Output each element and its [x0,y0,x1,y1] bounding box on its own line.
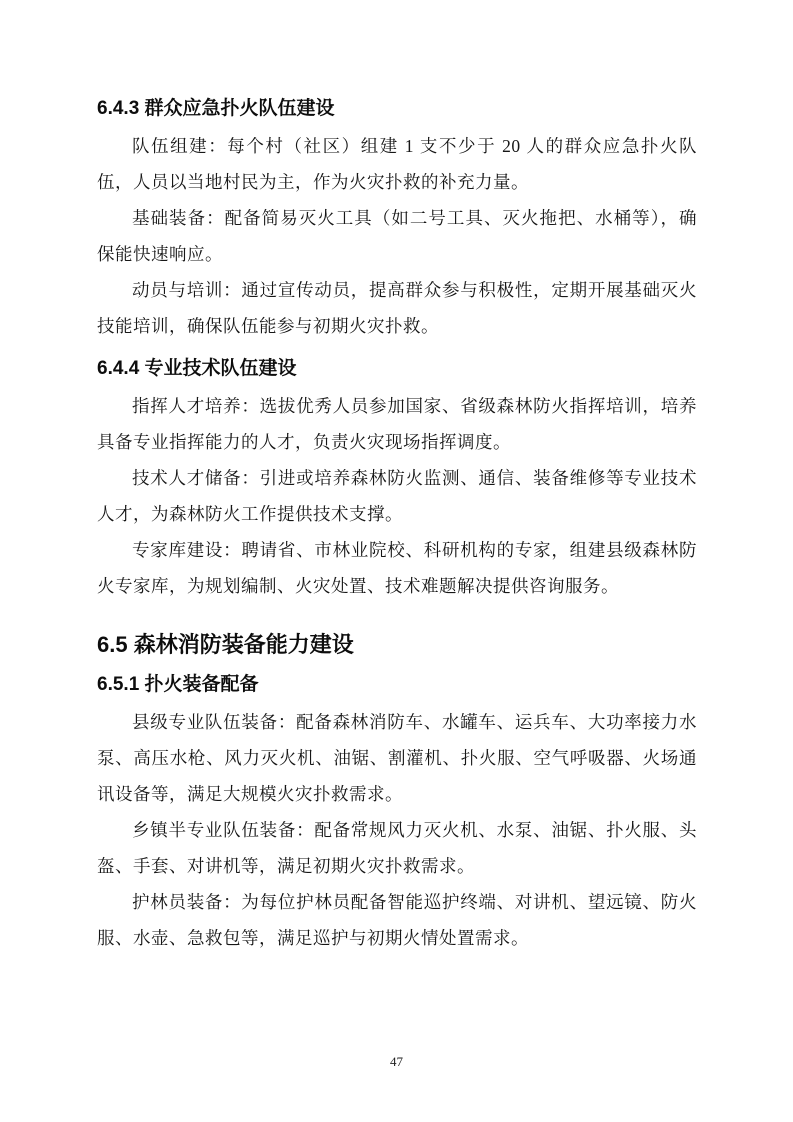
section-6-4-3: 6.4.3 群众应急扑火队伍建设 队伍组建：每个村（社区）组建 1 支不少于 2… [97,96,697,344]
section-heading-6-4-3: 6.4.3 群众应急扑火队伍建设 [97,96,697,122]
paragraph: 技术人才储备：引进或培养森林防火监测、通信、装备维修等专业技术人才，为森林防火工… [97,460,697,532]
section-heading-6-5-1: 6.5.1 扑火装备配备 [97,672,697,698]
paragraph: 专家库建设：聘请省、市林业院校、科研机构的专家，组建县级森林防火专家库，为规划编… [97,532,697,604]
section-6-4-4: 6.4.4 专业技术队伍建设 指挥人才培养：选拔优秀人员参加国家、省级森林防火指… [97,356,697,604]
paragraph: 指挥人才培养：选拔优秀人员参加国家、省级森林防火指挥培训，培养具备专业指挥能力的… [97,388,697,460]
paragraph: 乡镇半专业队伍装备：配备常规风力灭火机、水泵、油锯、扑火服、头盔、手套、对讲机等… [97,812,697,884]
section-heading-6-4-4: 6.4.4 专业技术队伍建设 [97,356,697,382]
document-page: 6.4.3 群众应急扑火队伍建设 队伍组建：每个村（社区）组建 1 支不少于 2… [0,0,793,1122]
section-heading-6-5: 6.5 森林消防装备能力建设 [97,630,697,660]
paragraph: 县级专业队伍装备：配备森林消防车、水罐车、运兵车、大功率接力水泵、高压水枪、风力… [97,704,697,812]
paragraph: 队伍组建：每个村（社区）组建 1 支不少于 20 人的群众应急扑火队伍，人员以当… [97,128,697,200]
paragraph: 动员与培训：通过宣传动员，提高群众参与积极性，定期开展基础灭火技能培训，确保队伍… [97,272,697,344]
page-number: 47 [0,1054,793,1070]
section-6-5: 6.5 森林消防装备能力建设 6.5.1 扑火装备配备 县级专业队伍装备：配备森… [97,630,697,956]
paragraph: 基础装备：配备简易灭火工具（如二号工具、灭火拖把、水桶等），确保能快速响应。 [97,200,697,272]
paragraph: 护林员装备：为每位护林员配备智能巡护终端、对讲机、望远镜、防火服、水壶、急救包等… [97,884,697,956]
